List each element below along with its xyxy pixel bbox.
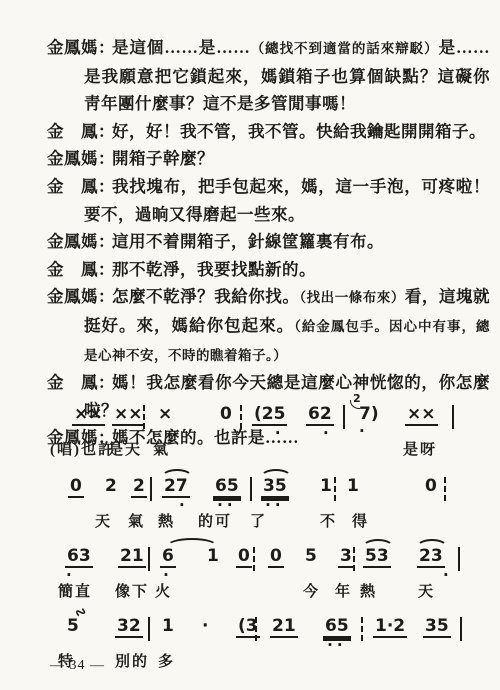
octave-dots: ·· (261, 502, 289, 508)
speech-text: 我找塊布，把手包起來，媽，這一手泡，可疼啦！要不，過晌又得磨起一些來。 (84, 177, 490, 224)
music-system: 02227·65··35··110天氣熱的可了不得 (0, 470, 500, 540)
barline (458, 547, 460, 571)
music-note: 53 (363, 546, 391, 568)
script-page: 金鳳媽：是這個……是……（總找不到適當的話來辯駁）是……是我願意把它鎖起來，媽鎖… (0, 0, 500, 690)
note-text: ×× (112, 404, 145, 426)
music-note: (25· (252, 404, 287, 436)
tie-arc (416, 539, 448, 552)
music-note: 0 (68, 476, 84, 498)
barline (452, 405, 454, 429)
barline (460, 617, 462, 641)
speaker-label: 金鳳媽： (47, 145, 115, 173)
note-text: 1·2 (373, 616, 407, 638)
note-text: ×× (72, 404, 105, 426)
octave-dots: · (352, 428, 376, 434)
music-note: 23· (417, 546, 445, 578)
music-note: ∿5 (65, 616, 81, 636)
music-note: ×× (112, 404, 145, 426)
music-note: ×× (405, 404, 438, 426)
note-text: 65 (213, 476, 241, 498)
octave-dots: ·· (213, 502, 241, 508)
music-note: 0 (218, 404, 234, 424)
music-note: 63· (65, 546, 93, 578)
note-text: 35 (423, 616, 451, 638)
lyric-text: 的可 (198, 510, 232, 531)
lyric-text: 熱 (360, 580, 377, 601)
music-note: · (200, 616, 210, 636)
music-note: 0 (423, 476, 439, 496)
note-text: 1 (205, 546, 221, 566)
music-note: 27)· (357, 404, 381, 434)
music-note: 35 (423, 616, 451, 638)
note-text: · (200, 616, 210, 636)
note-text: 21 (118, 546, 146, 568)
grace-slur (350, 400, 360, 409)
speaker-label: 金 鳳： (47, 256, 115, 284)
speaker-label: 金鳳媽： (47, 34, 115, 62)
barline (255, 617, 257, 641)
lyric-text: 年 (335, 580, 352, 601)
barline (143, 405, 145, 429)
lyric-text: 了 (250, 510, 267, 531)
barline (250, 477, 252, 501)
note-text: 3 (338, 546, 354, 568)
lyric-text: 是呀 (403, 438, 437, 459)
note-text: × (156, 404, 174, 424)
lyric-text: 別的 (115, 650, 149, 671)
music-note: 3 (338, 546, 354, 568)
dialogue-line: 金 鳳：好，好！我不管，我不管。快給我鑰匙開開箱子。 (0, 118, 490, 146)
barline (253, 547, 255, 571)
dialogue-line: 金鳳媽：這用不着開箱子，針線筐籮裏有布。 (0, 228, 490, 256)
dialogue-section: 金鳳媽：是這個……是……（總找不到適當的話來辯駁）是……是我願意把它鎖起來，媽鎖… (0, 34, 490, 452)
barline (343, 405, 345, 429)
barline (334, 477, 336, 501)
octave-dots: · (262, 430, 297, 436)
lyric-text: 是天 (108, 438, 142, 459)
octave-dots: · (434, 572, 462, 578)
speech-text: 這用不着開箱子，針線筐籮裏有布。 (112, 232, 384, 251)
note-text: 62 (306, 404, 334, 426)
lyric-text: 熱 (158, 510, 175, 531)
barline (148, 617, 150, 641)
music-note: 32 (115, 616, 143, 638)
music-notation-section: ×××××0(25·62·27)·××(唱)也許是天氣是呀02227·65··3… (0, 398, 500, 666)
dialogue-line: 金 鳳：我找塊布，把手包起來，媽，這一手泡，可疼啦！要不，過晌又得磨起一些來。 (0, 173, 490, 228)
barline (150, 477, 152, 501)
lyric-text: (唱)也許 (50, 438, 115, 459)
note-text: 1 (160, 616, 176, 636)
lyric-text: 不 (320, 510, 337, 531)
barline (353, 547, 355, 571)
speech-text: 好，好！我不管，我不管。快給我鑰匙開開箱子。 (112, 122, 486, 141)
speaker-label: 金 鳳： (47, 369, 115, 397)
music-note: 0 (236, 546, 252, 568)
music-note: 1 (205, 546, 221, 566)
lyric-text: 火 (155, 580, 172, 601)
lyric-text: 天 (95, 510, 112, 531)
music-note: 65·· (323, 616, 351, 648)
note-text: 1 (345, 476, 361, 496)
note-text: ×× (405, 404, 438, 426)
note-text: 21 (270, 616, 298, 638)
note-text: 63 (65, 546, 93, 568)
lyric-text: 得 (352, 510, 369, 531)
octave-dots: ·· (323, 642, 351, 648)
tie-arc (161, 469, 193, 482)
speech-text: 是這個……是…… (112, 38, 250, 57)
music-system: ×××××0(25·62·27)·××(唱)也許是天氣是呀 (0, 398, 500, 468)
note-text: 0 (268, 546, 284, 568)
dialogue-line: 金 鳳：那不乾淨，我要找點新的。 (0, 256, 490, 284)
music-system: 63·216·100535323·簡直像下火今年熱天 (0, 540, 500, 610)
speech-text: 開箱子幹麼？ (112, 149, 214, 168)
music-note: 5 (303, 546, 319, 566)
music-note: 27· (162, 476, 190, 508)
dialogue-line: 金鳳媽：怎麼不乾淨？我給你找。（找出一條布來）看，這塊就挺好。來，媽給你包起來。… (0, 283, 490, 369)
lyric-text: 氣 (128, 510, 145, 531)
page-number: — 34 — (50, 658, 105, 674)
note-text: 2 (103, 476, 119, 496)
lyric-text: 氣 (153, 438, 170, 459)
note-text: 2 (131, 476, 147, 498)
lyric-text: 今 (303, 580, 320, 601)
speaker-label: 金 鳳： (47, 173, 115, 201)
music-note: 1 (160, 616, 176, 636)
stage-direction: （總找不到適當的話來辯駁） (250, 41, 438, 56)
speaker-label: 金 鳳： (47, 118, 115, 146)
music-note: ×× (72, 404, 105, 426)
note-text: 0 (218, 404, 234, 424)
tie-arc (260, 469, 292, 482)
music-note: 0 (268, 546, 284, 568)
note-text: 65 (323, 616, 351, 638)
note-text: 7) (357, 404, 381, 424)
music-note: 2 (103, 476, 119, 496)
lyric-text: 多 (158, 650, 175, 671)
speaker-label: 金鳳媽： (47, 228, 115, 256)
speech-text: 怎麼不乾淨？我給你找。 (112, 287, 299, 306)
music-note: 35·· (261, 476, 289, 508)
barline (240, 405, 242, 429)
dialogue-line: 金鳳媽：開箱子幹麼？ (0, 145, 490, 173)
note-text: 5 (303, 546, 319, 566)
dialogue-line: 金鳳媽：是這個……是……（總找不到適當的話來辯駁）是……是我願意把它鎖起來，媽鎖… (0, 34, 490, 118)
note-text: 32 (115, 616, 143, 638)
music-note: 65·· (213, 476, 241, 508)
music-note: × (156, 404, 174, 424)
barline (148, 547, 150, 571)
music-note: 2 (131, 476, 147, 498)
tie-arc (362, 539, 394, 552)
note-text: 0 (423, 476, 439, 496)
note-text: (25 (252, 404, 287, 426)
lyric-text: 像下 (115, 580, 149, 601)
barline (361, 617, 363, 641)
lyric-text: 簡直 (58, 580, 92, 601)
barline (444, 477, 446, 501)
note-text: 0 (68, 476, 84, 498)
octave-dots: · (314, 430, 342, 436)
octave-dots: · (160, 572, 176, 578)
music-note: 1·2 (373, 616, 407, 638)
speaker-label: 金鳳媽： (47, 283, 115, 311)
octave-dots: · (170, 502, 198, 508)
music-note: 21 (118, 546, 146, 568)
note-text: 0 (236, 546, 252, 568)
music-note: 62· (306, 404, 334, 436)
note-text: 1 (318, 476, 334, 496)
music-note: 21 (270, 616, 298, 638)
octave-dots: · (57, 572, 85, 578)
music-note: 1 (345, 476, 361, 496)
stage-direction: （找出一條布來） (299, 290, 405, 305)
speech-text: 那不乾淨，我要找點新的。 (112, 260, 316, 279)
music-note: 1 (318, 476, 334, 496)
lyric-text: 天 (418, 580, 435, 601)
